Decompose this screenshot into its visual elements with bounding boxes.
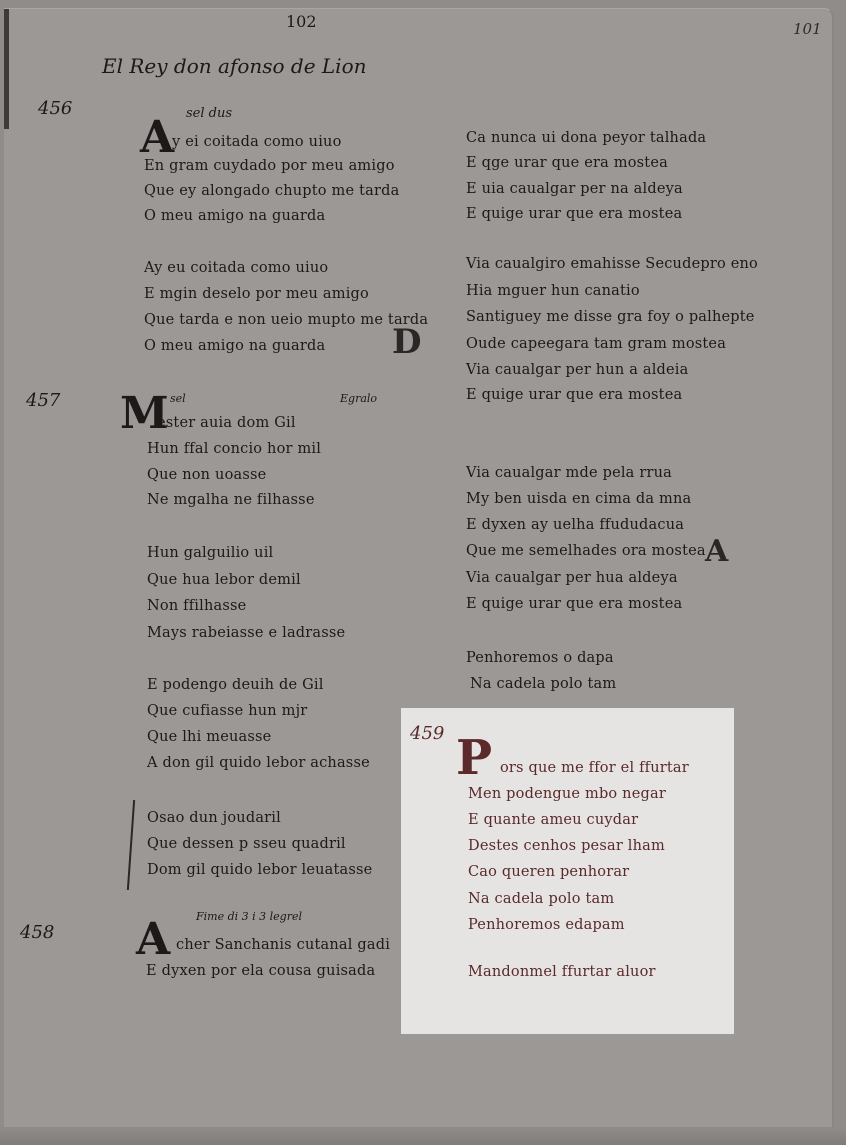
initial-letter: A: [140, 116, 174, 160]
verse-line: Non ffilhasse: [147, 598, 246, 614]
verse-line: cher Sanchanis cutanal gadi: [176, 937, 390, 953]
verse-line: Men podengue mbo negar: [468, 786, 666, 802]
verse-line: Via caualgar mde pela rrua: [466, 465, 672, 481]
verse-line: Hia mguer hun canatio: [466, 283, 640, 299]
verse-line: Cao queren penhorar: [468, 864, 629, 880]
verse-line: y ei coitada como uiuo: [172, 134, 342, 150]
poem-number-456: 456: [38, 98, 72, 119]
verse-line: ors que me ffor el ffurtar: [500, 760, 689, 776]
verse-line: Destes cenhos pesar lham: [468, 838, 665, 854]
verse-line: E mgin deselo por meu amigo: [144, 286, 369, 302]
margin-letter: A: [705, 534, 728, 569]
verse-line: My ben uisda en cima da mna: [466, 491, 691, 507]
page-bottom-edge: [0, 1127, 846, 1145]
verse-line: Santiguey me disse gra foy o palhepte: [466, 309, 755, 325]
verse-line: Que dessen p sseu quadril: [147, 836, 346, 852]
folio-number-center: 102: [286, 12, 317, 31]
verse-line: E dyxen ay uelha ffududacua: [466, 517, 684, 533]
verse-line: Via caualgiro emahisse Secudepro eno: [466, 256, 758, 272]
verse-line: Ca nunca ui dona peyor talhada: [466, 130, 706, 146]
binding-edge: [4, 9, 9, 129]
verse-line: E podengo deuih de Gil: [147, 677, 324, 693]
verse-line: E quige urar que era mostea: [466, 596, 682, 612]
verse-line: Via caualgar per hun a aldeia: [466, 362, 688, 378]
poem-number-459: 459: [410, 723, 444, 744]
page-heading: El Rey don afonso de Lion: [102, 54, 367, 78]
verse-line: Mays rabeiasse e ladrasse: [147, 625, 345, 641]
verse-line: Penhoremos edapam: [468, 917, 625, 933]
verse-line: En gram cuydado por meu amigo: [144, 158, 395, 174]
verse-line: Hun galguilio uil: [147, 545, 273, 561]
poem-annotation: sel dus: [186, 106, 232, 121]
poem-annotation: Fime di 3 i 3 legrel: [196, 910, 302, 923]
verse-line: O meu amigo na guarda: [144, 338, 325, 354]
verse-line: Na cadela polo tam: [468, 891, 614, 907]
verse-line: Mandonmel ffurtar aluor: [468, 964, 656, 980]
poem-number-457: 457: [26, 390, 60, 411]
verse-line: Ay eu coitada como uiuo: [144, 260, 328, 276]
verse-line: Oude capeegara tam gram mostea: [466, 336, 726, 352]
verse-line: Via caualgar per hua aldeya: [466, 570, 678, 586]
verse-line: Que cufiasse hun mjr: [147, 703, 307, 719]
verse-line: E uia caualgar per na aldeya: [466, 181, 683, 197]
poem-number-458: 458: [20, 922, 54, 943]
verse-line: Que hua lebor demil: [147, 572, 301, 588]
verse-line: Que tarda e non ueio mupto me tarda: [144, 312, 428, 328]
verse-line: Que me semelhades ora mostea: [466, 543, 706, 559]
verse-line: Osao dun joudaril: [147, 810, 281, 826]
verse-line: E quante ameu cuydar: [468, 812, 638, 828]
poem-annotation-right: Egralo: [340, 392, 377, 405]
verse-line: Dom gil quido lebor leuatasse: [147, 862, 372, 878]
verse-line: Que non uoasse: [147, 467, 266, 483]
verse-line: Ne mgalha ne filhasse: [147, 492, 315, 508]
verse-line: Penhoremos o dapa: [466, 650, 614, 666]
margin-letter: D: [392, 322, 421, 362]
verse-line: Que lhi meuasse: [147, 729, 271, 745]
initial-letter: P: [456, 734, 492, 782]
verse-line: Que ey alongado chupto me tarda: [144, 183, 399, 199]
folio-number-right: 101: [793, 20, 822, 38]
verse-line: ester auia dom Gil: [157, 415, 296, 431]
verse-line: A don gil quido lebor achasse: [147, 755, 370, 771]
verse-line: E qge urar que era mostea: [466, 155, 668, 171]
verse-line: E quige urar que era mostea: [466, 387, 682, 403]
verse-line: Hun ffal concio hor mil: [147, 441, 321, 457]
verse-line: Na cadela polo tam: [470, 676, 616, 692]
poem-annotation: sel: [170, 392, 186, 405]
initial-letter: A: [136, 918, 170, 962]
verse-line: E dyxen por ela cousa guisada: [146, 963, 375, 979]
verse-line: O meu amigo na guarda: [144, 208, 325, 224]
verse-line: E quige urar que era mostea: [466, 206, 682, 222]
